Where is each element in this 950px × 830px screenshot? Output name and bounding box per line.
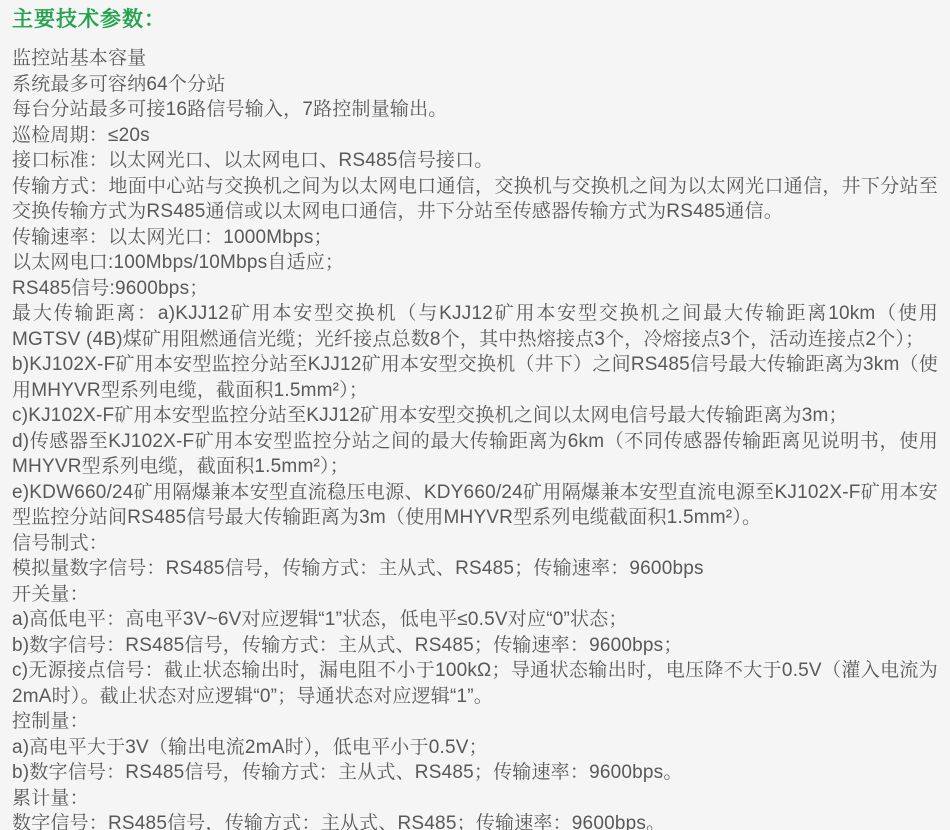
param-line-substation-io: 每台分站最多可接16路信号输入，7路控制量输出。	[12, 97, 938, 123]
param-line-control-b: b)数字信号：RS485信号，传输方式：主从式、RS485；传输速率：9600b…	[12, 760, 938, 786]
param-line-accumulate-signal: 数字信号：RS485信号，传输方式：主从式、RS485；传输速率：9600bps…	[12, 811, 938, 830]
param-line-rate-fiber: 传输速率：以太网光口：1000Mbps；	[12, 225, 938, 251]
param-line-switch-b: b)数字信号：RS485信号，传输方式：主从式、RS485；传输速率：9600b…	[12, 633, 938, 659]
param-line-interface-standard: 接口标准：以太网光口、以太网电口、RS485信号接口。	[12, 148, 938, 174]
param-line-distance-b: b)KJ102X-F矿用本安型监控分站至KJJ12矿用本安型交换机（井下）之间R…	[12, 352, 938, 403]
param-line-monitor-capacity: 监控站基本容量	[12, 46, 938, 72]
param-line-signal-system: 信号制式：	[12, 531, 938, 557]
param-line-analog-digital-signal: 模拟量数字信号：RS485信号，传输方式：主从式、RS485；传输速率：9600…	[12, 556, 938, 582]
param-line-rate-ethernet: 以太网电口:100Mbps/10Mbps自适应；	[12, 250, 938, 276]
param-line-switch-a: a)高低电平：高电平3V~6V对应逻辑“1”状态，低电平≤0.5V对应“0”状态…	[12, 607, 938, 633]
param-line-rate-rs485: RS485信号:9600bps；	[12, 276, 938, 302]
param-line-accumulate-quantity: 累计量：	[12, 786, 938, 812]
param-line-polling-cycle: 巡检周期：≤20s	[12, 123, 938, 149]
param-line-distance-e: e)KDW660/24矿用隔爆兼本安型直流稳压电源、KDY660/24矿用隔爆兼…	[12, 480, 938, 531]
param-line-switch-quantity: 开关量：	[12, 582, 938, 608]
param-line-max-substations: 系统最多可容纳64个分站	[12, 72, 938, 98]
param-line-distance-d: d)传感器至KJ102X-F矿用本安型监控分站之间的最大传输距离为6km（不同传…	[12, 429, 938, 480]
param-line-switch-c: c)无源接点信号：截止状态输出时，漏电阻不小于100kΩ；导通状态输出时，电压降…	[12, 658, 938, 709]
param-line-distance-c: c)KJ102X-F矿用本安型监控分站至KJJ12矿用本安型交换机之间以太网电信…	[12, 403, 938, 429]
technical-parameters-document: 主要技术参数： 监控站基本容量 系统最多可容纳64个分站 每台分站最多可接16路…	[0, 0, 950, 830]
param-line-control-quantity: 控制量：	[12, 709, 938, 735]
param-line-transmission-mode: 传输方式：地面中心站与交换机之间为以太网电口通信，交换机与交换机之间为以太网光口…	[12, 174, 938, 225]
param-line-control-a: a)高电平大于3V（输出电流2mA时），低电平小于0.5V；	[12, 735, 938, 761]
page-title: 主要技术参数：	[12, 6, 938, 34]
param-line-distance-a: 最大传输距离：a)KJJ12矿用本安型交换机（与KJJ12矿用本安型交换机之间最…	[12, 301, 938, 352]
parameters-text-block: 监控站基本容量 系统最多可容纳64个分站 每台分站最多可接16路信号输入，7路控…	[12, 46, 938, 830]
